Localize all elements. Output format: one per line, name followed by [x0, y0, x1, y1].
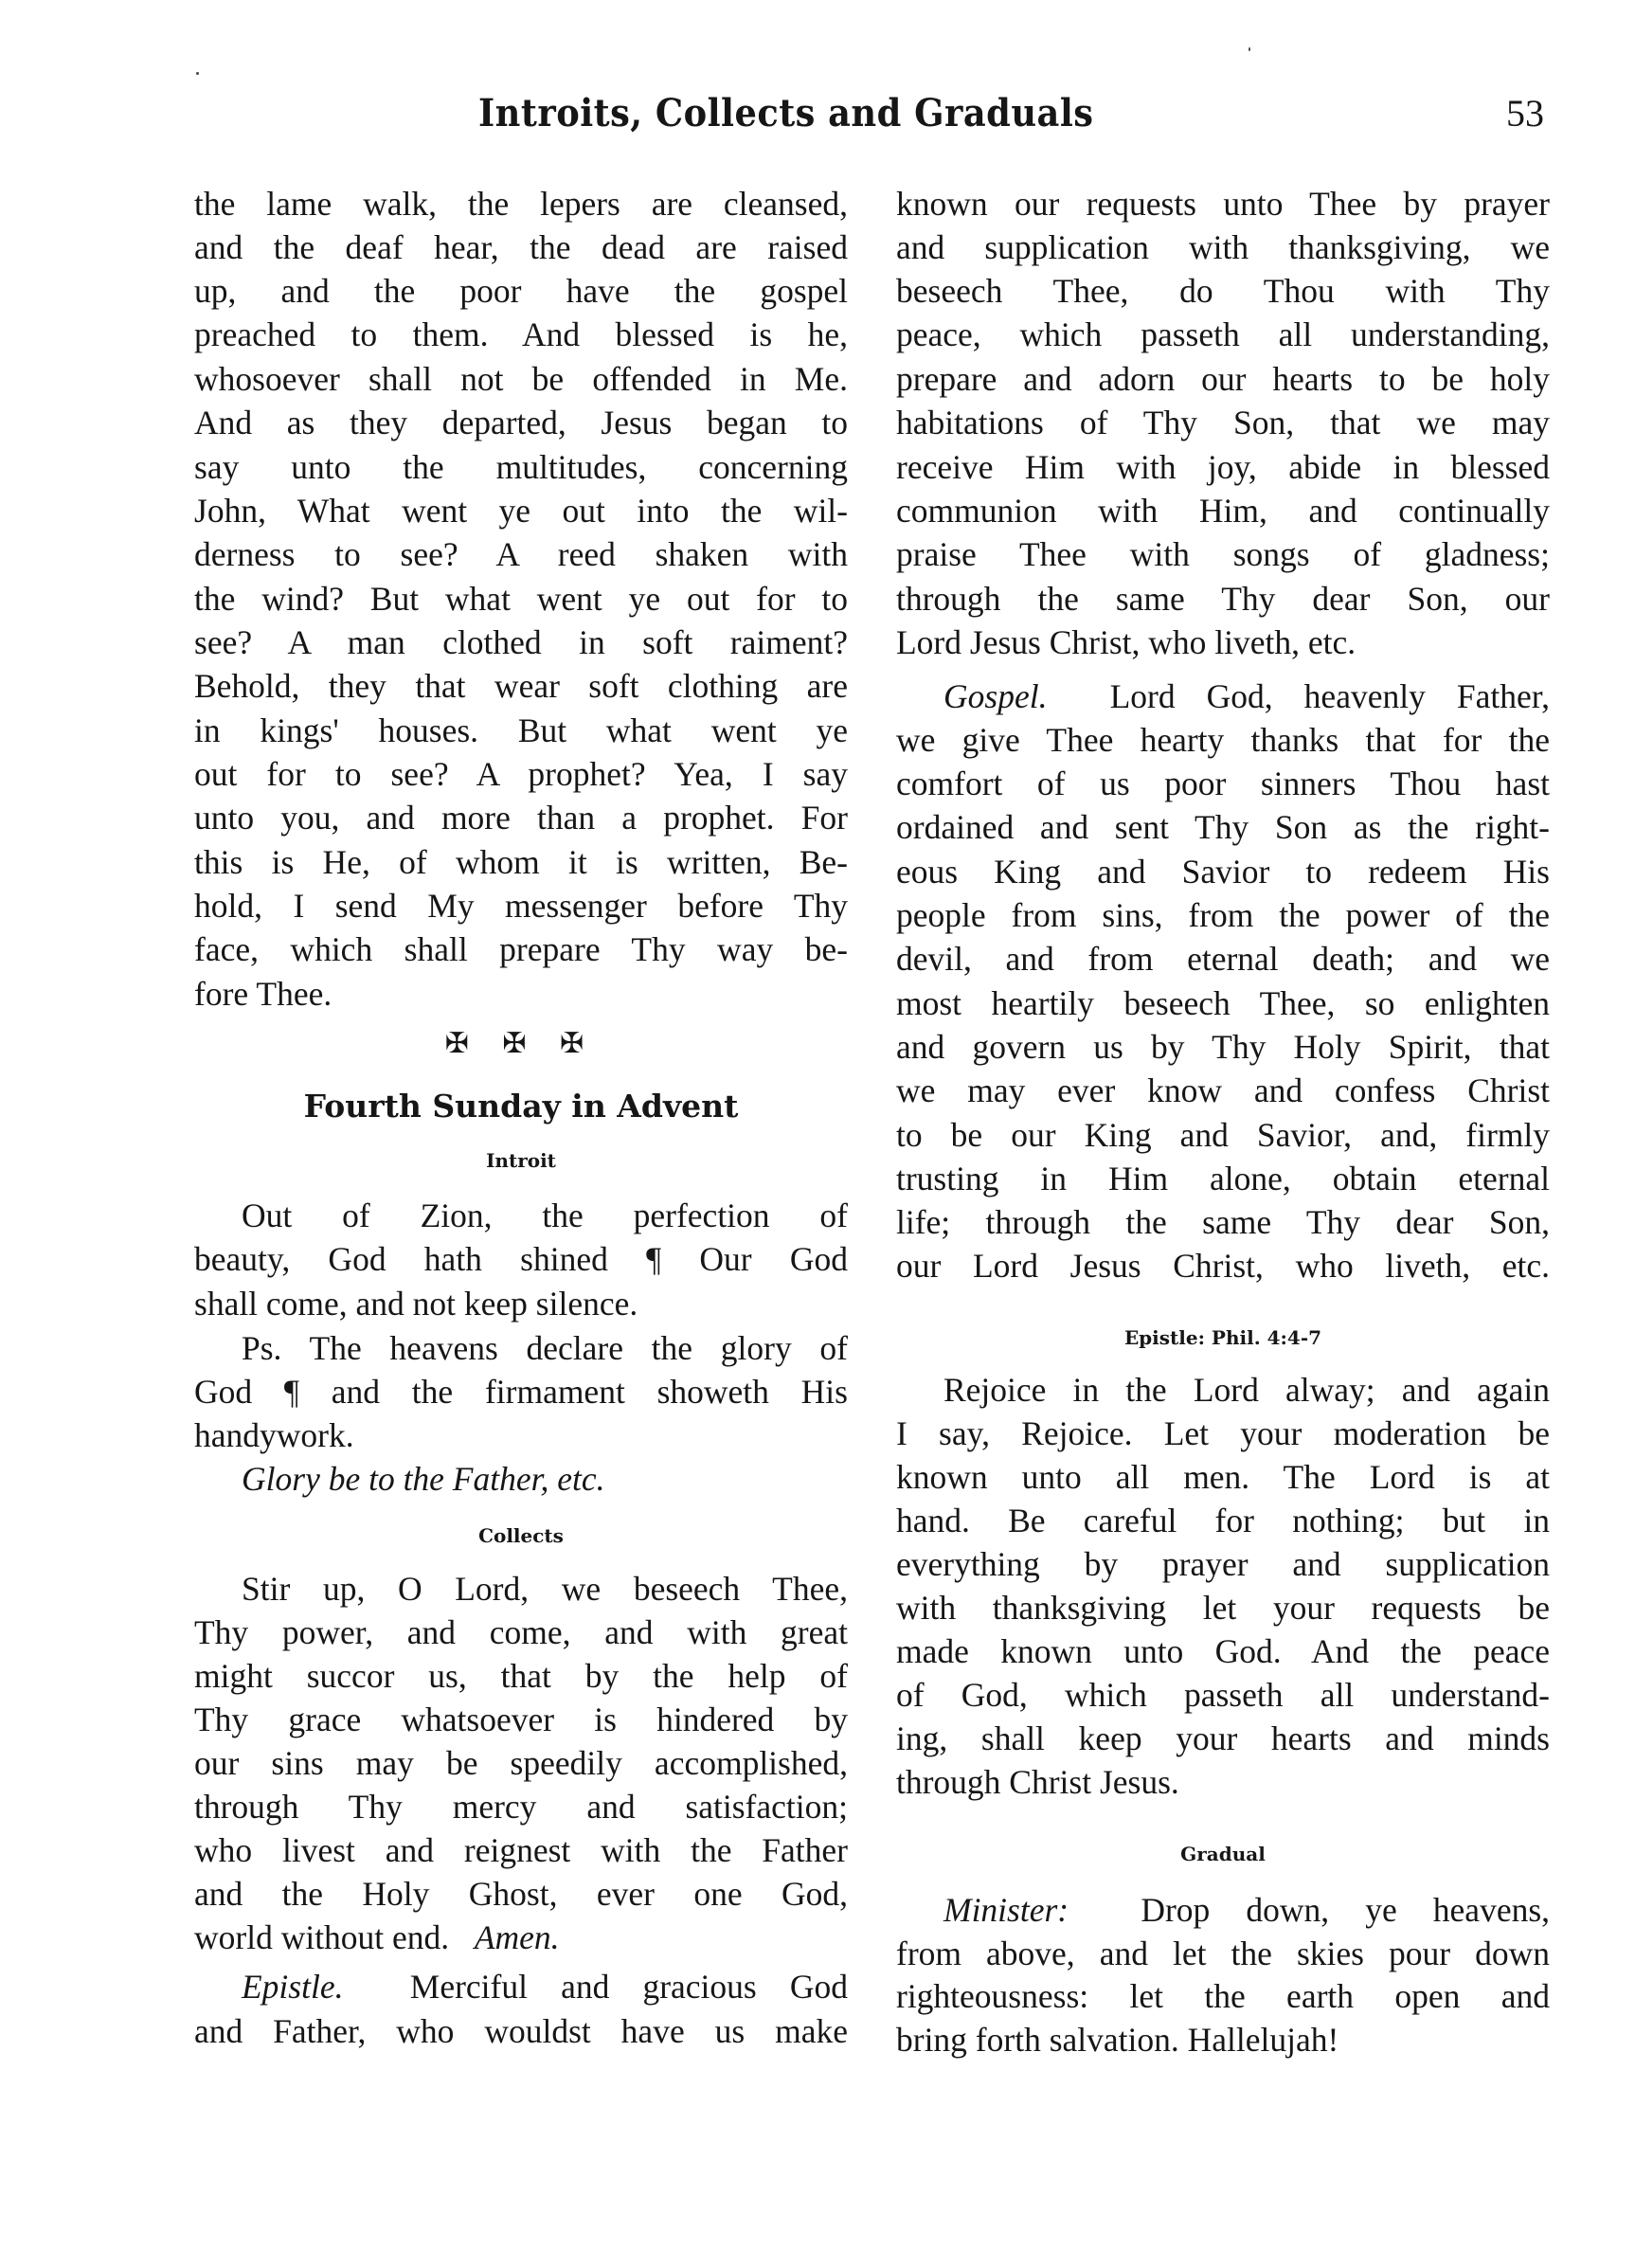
text-line: the lame walk, the lepers are cleansed, [194, 182, 848, 225]
text-line: receive Him with joy, abide in blessed [896, 445, 1550, 489]
text-line: John, What went ye out into the wil- [194, 489, 848, 532]
text-line: known our requests unto Thee by prayer [896, 182, 1550, 225]
text-line: Stir up, O Lord, we beseech Thee, [194, 1567, 848, 1611]
text-line: through Christ Jesus. [896, 1760, 1550, 1804]
text-line: unto you, and more than a prophet. For [194, 796, 848, 839]
minister-label: Minister: [943, 1891, 1069, 1929]
epistle-heading: Epistle: Phil. 4:4-7 [896, 1326, 1550, 1349]
text-line: peace, which passeth all understanding, [896, 313, 1550, 356]
text-line: derness to see? A reed shaken with [194, 532, 848, 576]
text-line: habitations of Thy Son, that we may [896, 401, 1550, 444]
epistle-label: Epistle. [242, 1968, 343, 2006]
text-line: face, which shall prepare Thy way be- [194, 927, 848, 971]
text-line: hold, I send My messenger before Thy [194, 884, 848, 927]
gradual-first: Drop down, ye heavens, [1141, 1891, 1550, 1929]
epistle-collect-first: Merciful and gracious God [410, 1968, 848, 2006]
gloria-line: Glory be to the Father, etc. [194, 1457, 848, 1501]
text-line: ordained and sent Thy Son as the right- [896, 805, 1550, 849]
gloria-text: Glory be to the Father, etc. [242, 1460, 605, 1498]
text-line: Out of Zion, the perfection of [194, 1194, 848, 1237]
text-line: beseech Thee, do Thou with Thy [896, 269, 1550, 313]
text-line: most heartily beseech Thee, so enlighten [896, 981, 1550, 1025]
text-line: Ps. The heavens declare the glory of [194, 1326, 848, 1370]
text-line: up, and the poor have the gospel [194, 269, 848, 313]
text-line: the wind? But what went ye out for to [194, 577, 848, 621]
running-title: Introits, Collects and Graduals [478, 91, 1093, 135]
amen-text: Amen. [475, 1918, 560, 1956]
text-line: prepare and adorn our hearts to be holy [896, 357, 1550, 401]
text-line: whosoever shall not be offended in Me. [194, 357, 848, 401]
text-line: trusting in Him alone, obtain eternal [896, 1157, 1550, 1200]
text-line: this is He, of whom it is written, Be- [194, 840, 848, 884]
collects-heading: Collects [194, 1524, 848, 1547]
text-line: comfort of us poor sinners Thou hast [896, 762, 1550, 805]
text-line: to be our King and Savior, and, firmly [896, 1113, 1550, 1157]
text-line: through Thy mercy and satisfaction; [194, 1785, 848, 1828]
collect-ending-line: world without end. Amen. [194, 1916, 848, 1959]
text-line: Lord Jesus Christ, who liveth, etc. [896, 621, 1550, 664]
text-line: Rejoice in the Lord alway; and again [896, 1368, 1550, 1412]
text-line: who livest and reignest with the Father [194, 1828, 848, 1872]
page-number: 53 [1506, 91, 1544, 135]
text-line: known unto all men. The Lord is at [896, 1455, 1550, 1499]
section-title: Fourth Sunday in Advent [194, 1088, 848, 1125]
text-line: preached to them. And blessed is he, [194, 313, 848, 356]
text-line: of God, which passeth all understand- [896, 1673, 1550, 1717]
epistle-collect-line: Epistle. Merciful and gracious God [194, 1965, 848, 2008]
text-line: see? A man clothed in soft raiment? [194, 621, 848, 664]
scan-speck [1249, 47, 1250, 51]
text-line: our sins may be speedily accomplished, [194, 1741, 848, 1785]
text-line: and the deaf hear, the dead are raised [194, 225, 848, 269]
text-line: and supplication with thanksgiving, we [896, 225, 1550, 269]
text-line: we give Thee hearty thanks that for the [896, 718, 1550, 762]
text-line: And as they departed, Jesus began to [194, 401, 848, 444]
text-line: we may ever know and confess Christ [896, 1069, 1550, 1112]
text-line: in kings' houses. But what went ye [194, 709, 848, 752]
text-line: and govern us by Thy Holy Spirit, that [896, 1025, 1550, 1069]
text-line: Thy power, and come, and with great [194, 1611, 848, 1654]
gospel-collect-line: Gospel. Lord God, heavenly Father, [896, 675, 1550, 718]
text-line: devil, and from eternal death; and we [896, 937, 1550, 981]
text-line: ing, shall keep your hearts and minds [896, 1717, 1550, 1760]
text-line: praise Thee with songs of gladness; [896, 532, 1550, 576]
text-line: our Lord Jesus Christ, who liveth, etc. [896, 1244, 1550, 1287]
text-line: through the same Thy dear Son, our [896, 577, 1550, 621]
text-line: righteousness: let the earth open and [896, 1974, 1550, 2018]
gradual-heading: Gradual [896, 1843, 1550, 1865]
text-line: eous King and Savior to redeem His [896, 850, 1550, 893]
text-line: life; through the same Thy dear Son, [896, 1200, 1550, 1244]
scan-speck [196, 72, 199, 75]
text-line: people from sins, from the power of the [896, 893, 1550, 937]
text-line: Thy grace whatsoever is hindered by [194, 1698, 848, 1741]
text-line: shall come, and not keep silence. [194, 1282, 848, 1325]
introit-heading: Introit [194, 1149, 848, 1172]
gospel-label: Gospel. [943, 677, 1047, 715]
text-line: made known unto God. And the peace [896, 1629, 1550, 1673]
gradual-line: Minister: Drop down, ye heavens, [896, 1888, 1550, 1932]
text-line: God ¶ and the firmament showeth His [194, 1370, 848, 1413]
text-line: communion with Him, and continually [896, 489, 1550, 532]
text-line: bring forth salvation. Hallelujah! [896, 2018, 1550, 2061]
text-line: I say, Rejoice. Let your moderation be [896, 1412, 1550, 1455]
book-page: Introits, Collects and Graduals 53 the l… [0, 0, 1635, 2268]
text-line: hand. Be careful for nothing; but in [896, 1499, 1550, 1542]
cross-ornament-icon: ✠ ✠ ✠ [194, 1027, 848, 1060]
text-line: with thanksgiving let your requests be [896, 1586, 1550, 1629]
text-line: Behold, they that wear soft clothing are [194, 664, 848, 708]
text-line: might succor us, that by the help of [194, 1654, 848, 1698]
text-line: and Father, who wouldst have us make [194, 2009, 848, 2053]
collect-ending-text: world without end. [194, 1918, 449, 1956]
text-line: everything by prayer and supplication [896, 1542, 1550, 1586]
text-line: from above, and let the skies pour down [896, 1932, 1550, 1975]
text-line: fore Thee. [194, 972, 848, 1016]
text-line: beauty, God hath shined ¶ Our God [194, 1237, 848, 1281]
gospel-collect-first: Lord God, heavenly Father, [1110, 677, 1550, 715]
text-line: out for to see? A prophet? Yea, I say [194, 752, 848, 796]
text-line: handywork. [194, 1413, 848, 1457]
text-line: say unto the multitudes, concerning [194, 445, 848, 489]
text-line: and the Holy Ghost, ever one God, [194, 1872, 848, 1916]
